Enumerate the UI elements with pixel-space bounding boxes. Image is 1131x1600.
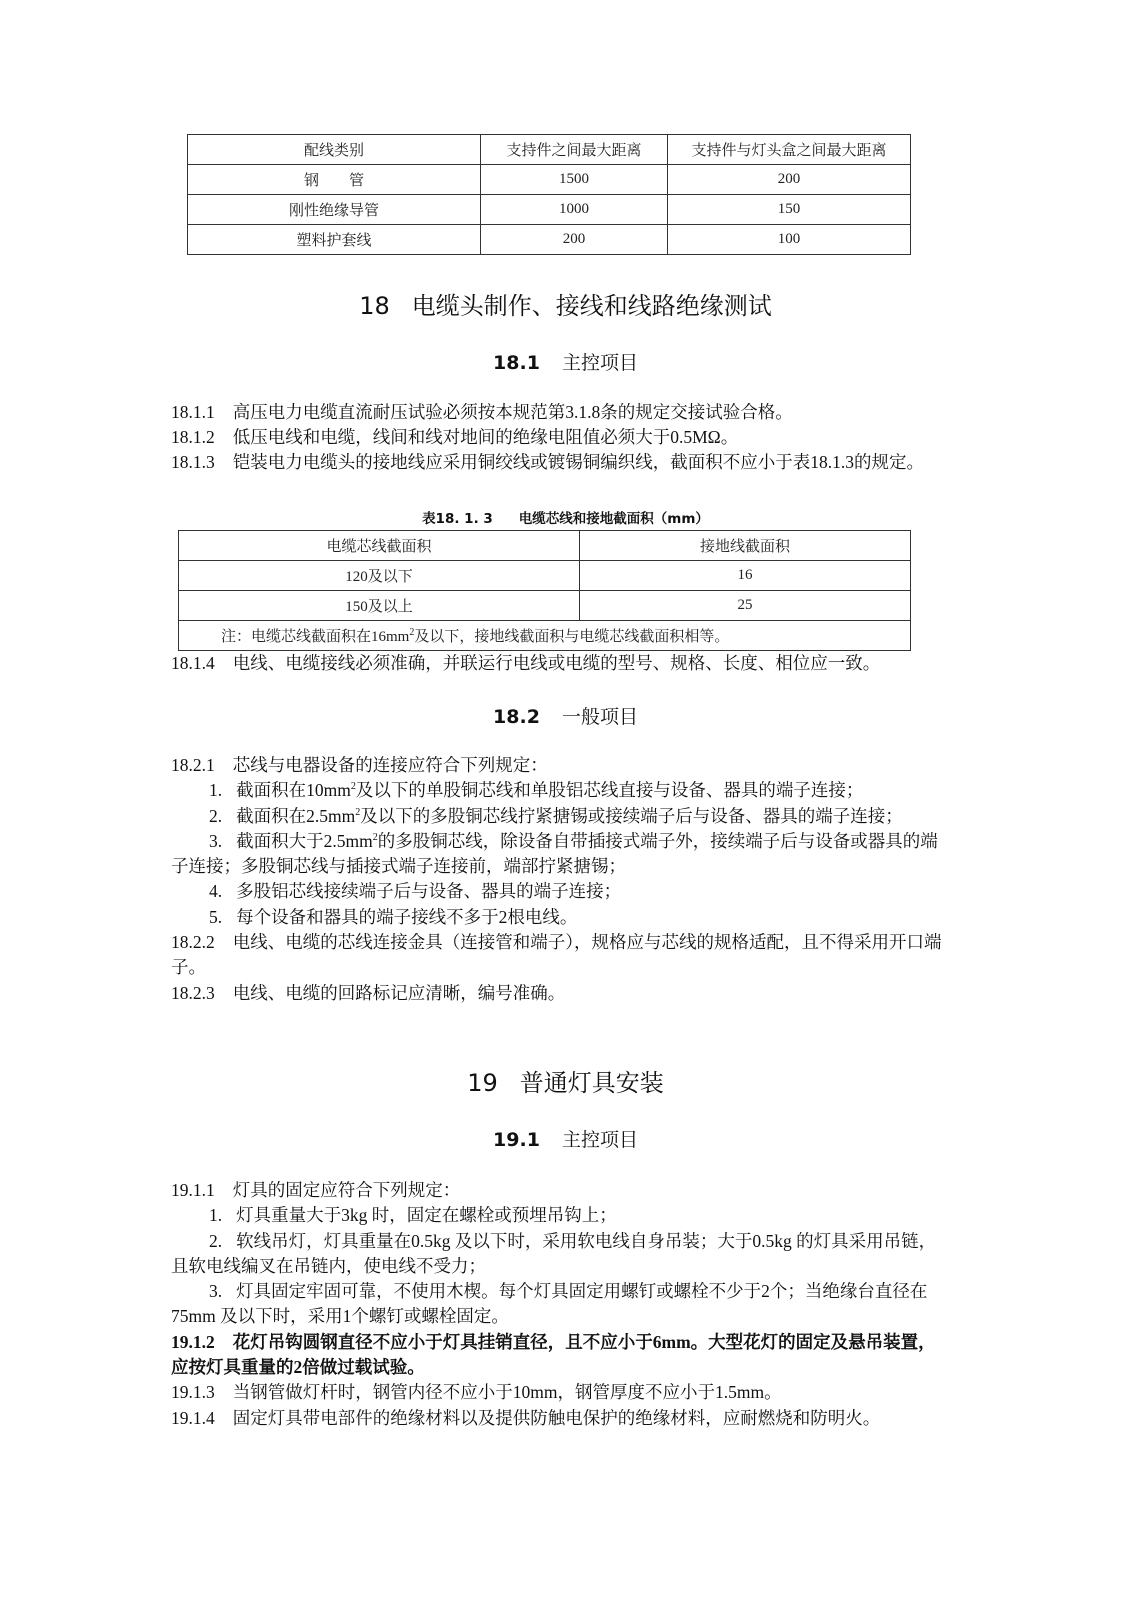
item-number: 1. — [209, 1205, 222, 1225]
clause-text: 低压电线和电缆，线间和线对地间的绝缘电阻值必须大于0.5MΩ。 — [233, 427, 738, 447]
table-cell: 120及以下 — [179, 561, 580, 591]
list-item: 5.每个设备和器具的端子接线不多于2根电线。 — [171, 905, 946, 930]
subsection-title: 一般项目 — [562, 706, 638, 728]
item-text: 截面积在2.5mm — [236, 806, 355, 826]
clause-19-1-3: 19.1.3当钢管做灯杆时，钢管内径不应小于10mm，钢管厚度不应小于1.5mm… — [171, 1380, 946, 1405]
item-text: 及以下的单股铜芯线和单股铝芯线直接与设备、器具的端子连接； — [356, 780, 864, 800]
clause-number: 18.2.2 — [171, 932, 215, 952]
table-cell: 钢 管 — [188, 165, 481, 195]
subsection-18-2-heading: 18.2一般项目 — [0, 702, 1131, 729]
table-row: 120及以下 16 — [179, 561, 911, 591]
table-header-row: 电缆芯线截面积 接地线截面积 — [179, 531, 911, 561]
clause-text: 铠装电力电缆头的接地线应采用铜绞线或镀锡铜编织线，截面积不应小于表18.1.3的… — [233, 452, 924, 472]
clause-18-1-4: 18.1.4电线、电缆接线必须准确，并联运行电线或电缆的型号、规格、长度、相位应… — [171, 651, 961, 676]
clause-text: 高压电力电缆直流耐压试验必须按本规范第3.1.8条的规定交接试验合格。 — [233, 402, 793, 422]
table-row: 塑料护套线 200 100 — [188, 225, 911, 255]
clause-text: 电线、电缆的芯线连接金具（连接管和端子），规格应与芯线的规格适配，且不得采用开口… — [171, 932, 942, 977]
list-item: 2.软线吊灯，灯具重量在0.5kg 及以下时，采用软电线自身吊装；大于0.5kg… — [171, 1229, 946, 1280]
table-cell: 1000 — [481, 195, 668, 225]
clause-number: 18.1.2 — [171, 427, 215, 447]
clause-number: 18.1.3 — [171, 452, 215, 472]
list-item: 4.多股铝芯线接续端子后与设备、器具的端子连接； — [171, 879, 946, 904]
clause-number: 19.1.1 — [171, 1180, 215, 1200]
table-header-cell: 支持件之间最大距离 — [481, 135, 668, 165]
subsection-number: 19.1 — [493, 1129, 540, 1151]
table-cell: 100 — [668, 225, 911, 255]
clause-number: 18.1.1 — [171, 402, 215, 422]
clause-19-1-4: 19.1.4固定灯具带电部件的绝缘材料以及提供防触电保护的绝缘材料，应耐燃烧和防… — [171, 1406, 946, 1431]
item-text: 每个设备和器具的端子接线不多于2根电线。 — [236, 907, 577, 927]
item-number: 3. — [209, 1281, 222, 1301]
list-item: 1.灯具重量大于3kg 时，固定在螺栓或预埋吊钩上； — [171, 1203, 946, 1228]
table-cell: 16 — [580, 561, 911, 591]
item-number: 4. — [209, 881, 222, 901]
table-cell: 200 — [481, 225, 668, 255]
table-cell: 25 — [580, 591, 911, 621]
table-cell: 1500 — [481, 165, 668, 195]
table-cell: 150及以上 — [179, 591, 580, 621]
item-number: 5. — [209, 907, 222, 927]
table-cell: 刚性绝缘导管 — [188, 195, 481, 225]
item-text: 截面积在10mm — [236, 780, 351, 800]
table-number: 表18. 1. 3 — [422, 511, 493, 527]
table-caption: 表18. 1. 3电缆芯线和接地截面积（mm） — [0, 507, 1131, 527]
item-number: 2. — [209, 1231, 222, 1251]
subsection-number: 18.1 — [493, 352, 540, 374]
table-note: 注：电缆芯线截面积在16mm2及以下，接地线截面积与电缆芯线截面积相等。 — [179, 621, 911, 651]
item-text: 及以下的多股铜芯线拧紧搪锡或接续端子后与设备、器具的端子连接； — [360, 806, 903, 826]
table-header-cell: 接地线截面积 — [580, 531, 911, 561]
section-number: 18 — [359, 292, 390, 320]
clause-19-1-2: 19.1.2花灯吊钩圆钢直径不应小于灯具挂销直径，且不应小于6mm。大型花灯的固… — [171, 1330, 946, 1381]
item-text: 多股铝芯线接续端子后与设备、器具的端子连接； — [236, 881, 621, 901]
list-item: 3.截面积大于2.5mm2的多股铜芯线，除设备自带插接式端子外，接续端子后与设备… — [171, 829, 946, 880]
clause-text: 当钢管做灯杆时，钢管内径不应小于10mm，钢管厚度不应小于1.5mm。 — [233, 1382, 782, 1402]
item-number: 1. — [209, 780, 222, 800]
subsection-18-1-heading: 18.1主控项目 — [0, 348, 1131, 375]
table-header-cell: 支持件与灯头盒之间最大距离 — [668, 135, 911, 165]
clause-18-1-2: 18.1.2低压电线和电缆，线间和线对地间的绝缘电阻值必须大于0.5MΩ。 — [171, 425, 946, 450]
clause-18-1-1: 18.1.1高压电力电缆直流耐压试验必须按本规范第3.1.8条的规定交接试验合格… — [171, 400, 946, 425]
list-item: 3.灯具固定牢固可靠，不使用木楔。每个灯具固定用螺钉或螺栓不少于2个；当绝缘台直… — [171, 1279, 946, 1330]
clause-18-2-1: 18.2.1芯线与电器设备的连接应符合下列规定： — [171, 753, 946, 778]
subsection-number: 18.2 — [493, 706, 540, 728]
table-row: 150及以上 25 — [179, 591, 911, 621]
list-item: 1.截面积在10mm2及以下的单股铜芯线和单股铝芯线直接与设备、器具的端子连接； — [171, 778, 946, 803]
clause-text: 电线、电缆的回路标记应清晰，编号准确。 — [233, 983, 566, 1003]
section-19-heading: 19普通灯具安装 — [0, 1063, 1131, 1098]
section-title: 普通灯具安装 — [520, 1069, 664, 1097]
table-row: 刚性绝缘导管 1000 150 — [188, 195, 911, 225]
section-number: 19 — [467, 1069, 498, 1097]
clause-number: 18.2.3 — [171, 983, 215, 1003]
table-title: 电缆芯线和接地截面积（mm） — [519, 511, 709, 527]
item-number: 2. — [209, 806, 222, 826]
clause-18-1-3: 18.1.3铠装电力电缆头的接地线应采用铜绞线或镀锡铜编织线，截面积不应小于表1… — [171, 450, 946, 475]
table-cell: 塑料护套线 — [188, 225, 481, 255]
wiring-spacing-table: 配线类别 支持件之间最大距离 支持件与灯头盒之间最大距离 钢 管 1500 20… — [187, 134, 911, 255]
document-page: 配线类别 支持件之间最大距离 支持件与灯头盒之间最大距离 钢 管 1500 20… — [0, 0, 1131, 1600]
clause-19-1-1: 19.1.1灯具的固定应符合下列规定： — [171, 1178, 946, 1203]
item-text: 软线吊灯，灯具重量在0.5kg 及以下时，采用软电线自身吊装；大于0.5kg 的… — [171, 1231, 936, 1276]
subsection-19-1-heading: 19.1主控项目 — [0, 1125, 1131, 1152]
table-header-cell: 电缆芯线截面积 — [179, 531, 580, 561]
section-title: 电缆头制作、接线和线路绝缘测试 — [412, 292, 772, 320]
item-text: 灯具重量大于3kg 时，固定在螺栓或预埋吊钩上； — [236, 1205, 617, 1225]
clause-text: 电线、电缆接线必须准确，并联运行电线或电缆的型号、规格、长度、相位应一致。 — [233, 653, 881, 673]
clause-number: 19.1.2 — [171, 1332, 215, 1352]
clause-text: 芯线与电器设备的连接应符合下列规定： — [233, 755, 548, 775]
list-item: 2.截面积在2.5mm2及以下的多股铜芯线拧紧搪锡或接续端子后与设备、器具的端子… — [171, 804, 946, 829]
clause-text: 花灯吊钩圆钢直径不应小于灯具挂销直径，且不应小于6mm。大型花灯的固定及悬吊装置… — [171, 1332, 936, 1377]
table-header-cell: 配线类别 — [188, 135, 481, 165]
item-number: 3. — [209, 831, 222, 851]
item-text: 灯具固定牢固可靠，不使用木楔。每个灯具固定用螺钉或螺栓不少于2个；当绝缘台直径在… — [171, 1281, 927, 1326]
note-text: 注：电缆芯线截面积在16mm — [221, 629, 409, 645]
clause-number: 19.1.3 — [171, 1382, 215, 1402]
note-text: 及以下，接地线截面积与电缆芯线截面积相等。 — [414, 629, 729, 645]
clause-18-2-2: 18.2.2电线、电缆的芯线连接金具（连接管和端子），规格应与芯线的规格适配，且… — [171, 930, 946, 981]
clause-number: 19.1.4 — [171, 1408, 215, 1428]
clause-19-1-block: 19.1.1灯具的固定应符合下列规定： 1.灯具重量大于3kg 时，固定在螺栓或… — [171, 1178, 946, 1431]
clause-number: 18.1.4 — [171, 653, 215, 673]
table-row: 钢 管 1500 200 — [188, 165, 911, 195]
clause-text: 灯具的固定应符合下列规定： — [233, 1180, 461, 1200]
clause-number: 18.2.1 — [171, 755, 215, 775]
table-header-row: 配线类别 支持件之间最大距离 支持件与灯头盒之间最大距离 — [188, 135, 911, 165]
subsection-title: 主控项目 — [562, 352, 638, 374]
clause-18-2-3: 18.2.3电线、电缆的回路标记应清晰，编号准确。 — [171, 981, 946, 1006]
item-text: 截面积大于2.5mm — [236, 831, 373, 851]
clause-18-2-block: 18.2.1芯线与电器设备的连接应符合下列规定： 1.截面积在10mm2及以下的… — [171, 753, 946, 1006]
table-cell: 200 — [668, 165, 911, 195]
clause-text: 固定灯具带电部件的绝缘材料以及提供防触电保护的绝缘材料，应耐燃烧和防明火。 — [233, 1408, 881, 1428]
table-note-row: 注：电缆芯线截面积在16mm2及以下，接地线截面积与电缆芯线截面积相等。 — [179, 621, 911, 651]
section-18-heading: 18电缆头制作、接线和线路绝缘测试 — [0, 286, 1131, 321]
grounding-section-table: 电缆芯线截面积 接地线截面积 120及以下 16 150及以上 25 注：电缆芯… — [178, 530, 911, 651]
table-cell: 150 — [668, 195, 911, 225]
subsection-title: 主控项目 — [562, 1129, 638, 1151]
